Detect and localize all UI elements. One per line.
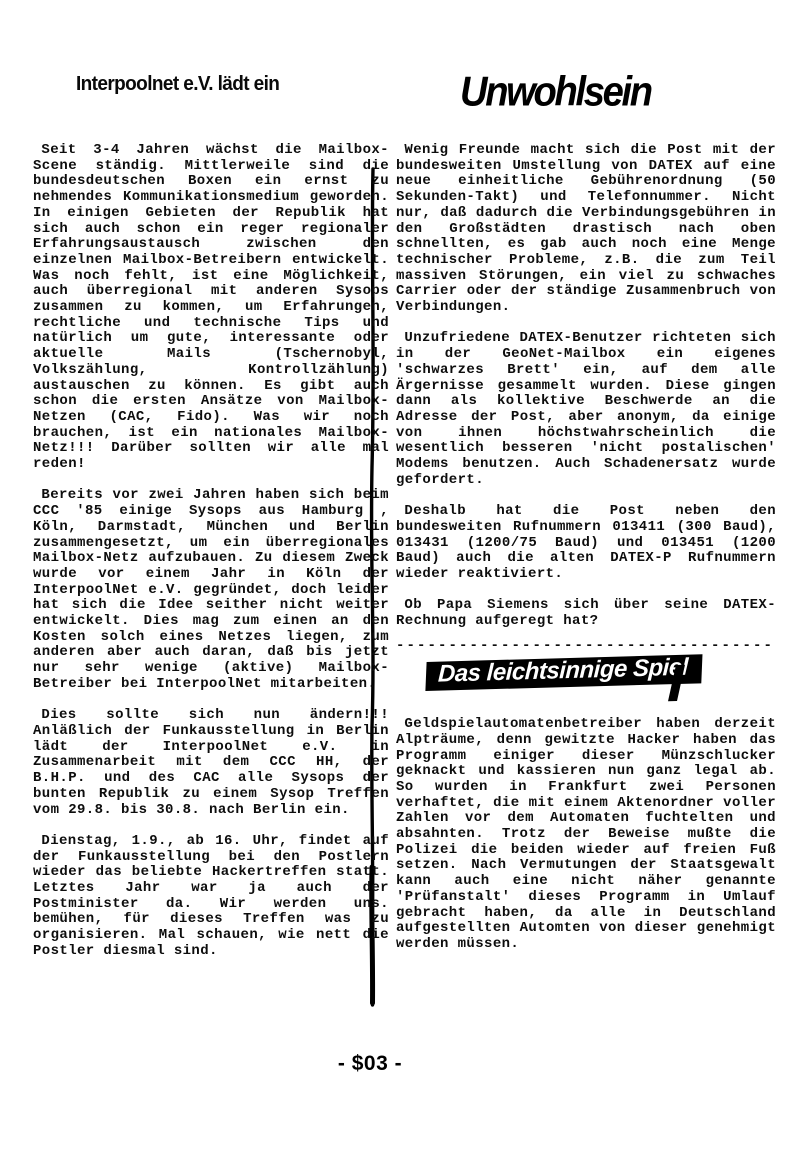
paragraph: Wenig Freunde macht sich die Post mit de… <box>396 143 776 316</box>
page-number: - $03 - <box>300 1052 440 1076</box>
paragraph: Unzufriedene DATEX-Benutzer richteten si… <box>396 331 776 488</box>
paragraph: Seit 3-4 Jahren wächst die Mailbox-Scene… <box>33 143 389 473</box>
scanned-page: Interpoolnet e.V. lädt ein Unwohlsein Se… <box>0 0 800 1157</box>
paragraph: Dies sollte sich nun ändern!!! Anläßlich… <box>33 708 389 818</box>
right-article-column: Wenig Freunde macht sich die Post mit de… <box>396 143 776 953</box>
paragraph: Geldspielautomatenbetreiber haben derzei… <box>396 717 776 953</box>
paragraph: Deshalb hat die Post neben den bundeswei… <box>396 504 776 583</box>
dashed-separator: ---------------------------------------- <box>396 639 776 655</box>
section-banner-row: Das leichtsinnige Spiel <box>396 659 776 709</box>
section-banner-label: Das leichtsinnige Spiel <box>438 654 689 688</box>
left-article-column: Seit 3-4 Jahren wächst die Mailbox-Scene… <box>33 143 389 960</box>
article-title-unwohlsein: Unwohlsein <box>460 68 651 116</box>
paragraph: Ob Papa Siemens sich über seine DATEX-Re… <box>396 598 776 629</box>
paragraph: Bereits vor zwei Jahren haben sich beim … <box>33 488 389 692</box>
article-title-interpoolnet: Interpoolnet e.V. lädt ein <box>76 73 279 96</box>
paragraph: Dienstag, 1.9., ab 16. Uhr, findet auf d… <box>33 834 389 960</box>
section-banner-das-leichtsinnige-spiel: Das leichtsinnige Spiel <box>425 654 702 690</box>
